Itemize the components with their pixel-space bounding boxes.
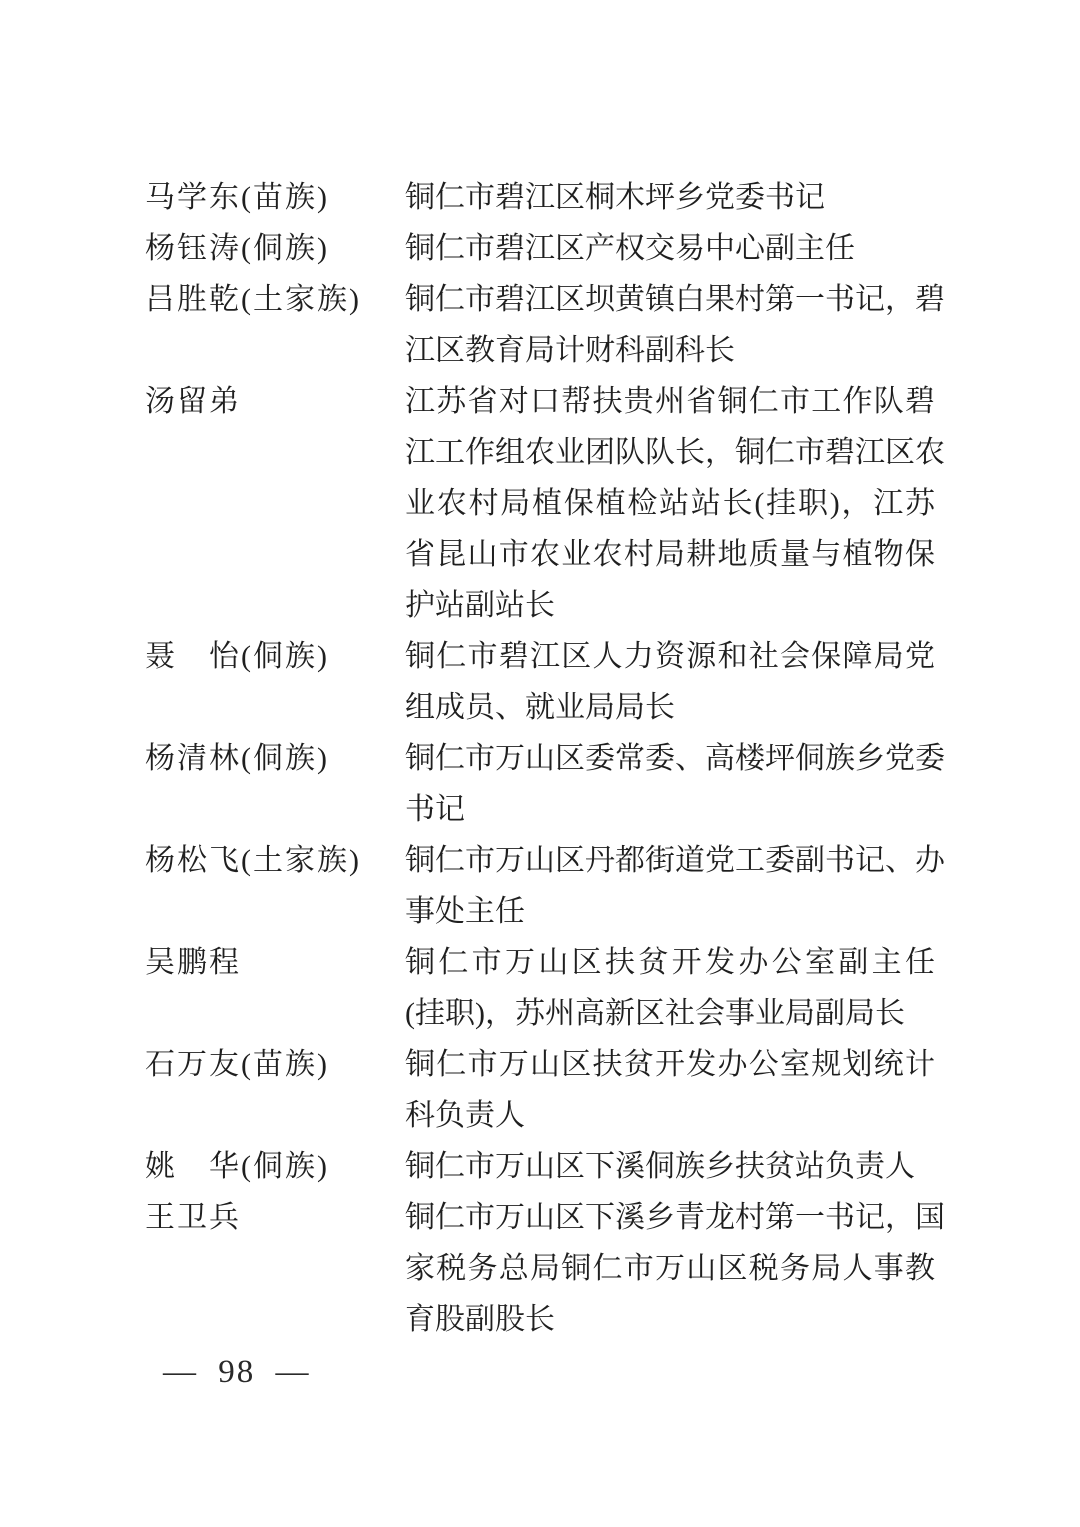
person-name: 杨钰涛(侗族) (145, 223, 405, 274)
position-line: 铜仁市万山区下溪侗族乡扶贫站负责人 (405, 1141, 935, 1192)
position-line: 家税务总局铜仁市万山区税务局人事教 (405, 1243, 935, 1294)
list-entry: 马学东(苗族) 铜仁市碧江区桐木坪乡党委书记 (145, 172, 940, 223)
position-line: 铜仁市万山区委常委、高楼坪侗族乡党委 (405, 733, 935, 784)
position-line: 组成员、就业局局长 (405, 682, 935, 733)
person-name: 吕胜乾(土家族) (145, 274, 405, 325)
list-entry: 聂 怡(侗族) 铜仁市碧江区人力资源和社会保障局党 组成员、就业局局长 (145, 631, 940, 733)
person-name: 杨清林(侗族) (145, 733, 405, 784)
person-position: 铜仁市万山区下溪乡青龙村第一书记，国 家税务总局铜仁市万山区税务局人事教 育股副… (405, 1192, 935, 1345)
position-line: 事处主任 (405, 886, 935, 937)
list-entry: 石万友(苗族) 铜仁市万山区扶贫开发办公室规划统计 科负责人 (145, 1039, 940, 1141)
person-position: 铜仁市碧江区桐木坪乡党委书记 (405, 172, 935, 223)
person-position: 江苏省对口帮扶贵州省铜仁市工作队碧 江工作组农业团队队长，铜仁市碧江区农 业农村… (405, 376, 935, 631)
page-number: — 98 — (163, 1352, 311, 1392)
person-position: 铜仁市碧江区坝黄镇白果村第一书记，碧 江区教育局计财科副科长 (405, 274, 935, 376)
document-page: 马学东(苗族) 铜仁市碧江区桐木坪乡党委书记 杨钰涛(侗族) 铜仁市碧江区产权交… (0, 0, 1080, 1527)
position-line: 书记 (405, 784, 935, 835)
person-position: 铜仁市万山区扶贫开发办公室规划统计 科负责人 (405, 1039, 935, 1141)
commendation-list: 马学东(苗族) 铜仁市碧江区桐木坪乡党委书记 杨钰涛(侗族) 铜仁市碧江区产权交… (145, 172, 940, 1345)
person-name: 汤留弟 (145, 376, 405, 427)
list-entry: 王卫兵 铜仁市万山区下溪乡青龙村第一书记，国 家税务总局铜仁市万山区税务局人事教… (145, 1192, 940, 1345)
person-position: 铜仁市万山区下溪侗族乡扶贫站负责人 (405, 1141, 935, 1192)
position-line: 铜仁市碧江区桐木坪乡党委书记 (405, 172, 935, 223)
person-name: 杨松飞(土家族) (145, 835, 405, 886)
list-entry: 杨清林(侗族) 铜仁市万山区委常委、高楼坪侗族乡党委 书记 (145, 733, 940, 835)
position-line: (挂职)，苏州高新区社会事业局副局长 (405, 988, 935, 1039)
person-name: 吴鹏程 (145, 937, 405, 988)
person-name: 聂 怡(侗族) (145, 631, 405, 682)
position-line: 铜仁市万山区下溪乡青龙村第一书记，国 (405, 1192, 935, 1243)
position-line: 江工作组农业团队队长，铜仁市碧江区农 (405, 427, 935, 478)
person-position: 铜仁市万山区委常委、高楼坪侗族乡党委 书记 (405, 733, 935, 835)
position-line: 省昆山市农业农村局耕地质量与植物保 (405, 529, 935, 580)
person-position: 铜仁市碧江区人力资源和社会保障局党 组成员、就业局局长 (405, 631, 935, 733)
position-line: 铜仁市万山区扶贫开发办公室规划统计 (405, 1039, 935, 1090)
position-line: 铜仁市万山区丹都街道党工委副书记、办 (405, 835, 935, 886)
position-line: 铜仁市万山区扶贫开发办公室副主任 (405, 937, 935, 988)
list-entry: 杨松飞(土家族) 铜仁市万山区丹都街道党工委副书记、办 事处主任 (145, 835, 940, 937)
position-line: 铜仁市碧江区产权交易中心副主任 (405, 223, 935, 274)
person-name: 马学东(苗族) (145, 172, 405, 223)
list-entry: 姚 华(侗族) 铜仁市万山区下溪侗族乡扶贫站负责人 (145, 1141, 940, 1192)
person-name: 石万友(苗族) (145, 1039, 405, 1090)
position-line: 护站副站长 (405, 580, 935, 631)
position-line: 铜仁市碧江区人力资源和社会保障局党 (405, 631, 935, 682)
person-position: 铜仁市碧江区产权交易中心副主任 (405, 223, 935, 274)
position-line: 江区教育局计财科副科长 (405, 325, 935, 376)
position-line: 业农村局植保植检站站长(挂职)，江苏 (405, 478, 935, 529)
position-line: 育股副股长 (405, 1294, 935, 1345)
position-line: 江苏省对口帮扶贵州省铜仁市工作队碧 (405, 376, 935, 427)
position-line: 铜仁市碧江区坝黄镇白果村第一书记，碧 (405, 274, 935, 325)
position-line: 科负责人 (405, 1090, 935, 1141)
list-entry: 吕胜乾(土家族) 铜仁市碧江区坝黄镇白果村第一书记，碧 江区教育局计财科副科长 (145, 274, 940, 376)
person-position: 铜仁市万山区扶贫开发办公室副主任 (挂职)，苏州高新区社会事业局副局长 (405, 937, 935, 1039)
list-entry: 汤留弟 江苏省对口帮扶贵州省铜仁市工作队碧 江工作组农业团队队长，铜仁市碧江区农… (145, 376, 940, 631)
person-name: 姚 华(侗族) (145, 1141, 405, 1192)
person-position: 铜仁市万山区丹都街道党工委副书记、办 事处主任 (405, 835, 935, 937)
list-entry: 杨钰涛(侗族) 铜仁市碧江区产权交易中心副主任 (145, 223, 940, 274)
list-entry: 吴鹏程 铜仁市万山区扶贫开发办公室副主任 (挂职)，苏州高新区社会事业局副局长 (145, 937, 940, 1039)
person-name: 王卫兵 (145, 1192, 405, 1243)
